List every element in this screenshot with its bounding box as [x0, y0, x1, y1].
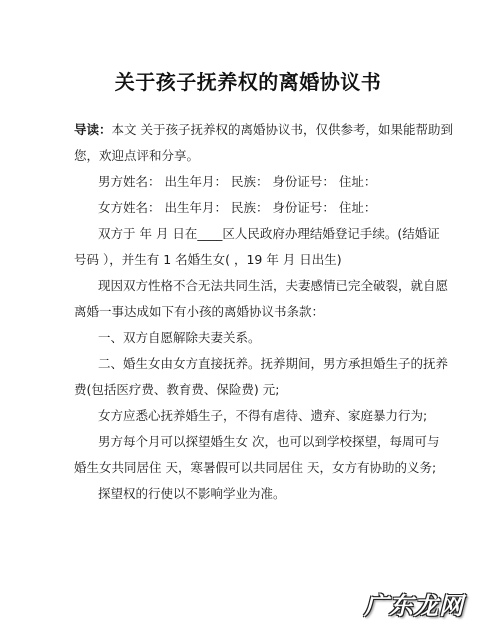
- reason-line-2: 离婚一事达成如下有小孩的离婚协议书条款：: [74, 302, 324, 320]
- page-title: 关于孩子抚养权的离婚协议书: [0, 66, 496, 95]
- lead-line-2: 您，欢迎点评和分享。: [74, 146, 199, 164]
- lead-label: 导读：: [74, 122, 112, 137]
- care-duty-line: 女方应悉心抚养婚生子，不得有虐待、遗弃、家庭暴力行为;: [98, 406, 427, 424]
- lead-text: 本文 关于孩子抚养权的离婚协议书，仅供参考，如果能帮助到: [112, 122, 453, 137]
- male-info-line: 男方姓名： 出生年月： 民族： 身份证号： 住址：: [98, 172, 376, 190]
- visitation-line-2: 婚生女共同居住 天，寒暑假可以共同居住 天，女方有协助的义务;: [74, 458, 436, 476]
- clause-2-line-1: 二、婚生女由女方直接抚养。抚养期间，男方承担婚生子的抚养: [98, 354, 448, 372]
- visitation-line-1: 男方每个月可以探望婚生女 次，也可以到学校探望，每周可与: [98, 432, 439, 450]
- female-info-line: 女方姓名： 出生年月： 民族： 身份证号： 住址：: [98, 198, 376, 216]
- clause-2-line-2: 费(包括医疗费、教育费、保险费) 元;: [74, 380, 279, 398]
- clause-1: 一、双方自愿解除夫妻关系。: [98, 328, 261, 346]
- marriage-line-1: 双方于 年 月 日在____区人民政府办理结婚登记手续。(结婚证: [98, 224, 440, 242]
- marriage-line-2: 号码 ），并生有 1 名婚生女( ，19 年 月 日出生): [74, 250, 342, 268]
- lead-line-1: 导读：本文 关于孩子抚养权的离婚协议书，仅供参考，如果能帮助到: [74, 120, 453, 138]
- watermark-logo: 广东龙网: [364, 586, 464, 621]
- reason-line-1: 现因双方性格不合无法共同生活，夫妻感情已完全破裂，就自愿: [98, 276, 448, 294]
- visitation-line-3: 探望权的行使以不影响学业为准。: [98, 484, 286, 502]
